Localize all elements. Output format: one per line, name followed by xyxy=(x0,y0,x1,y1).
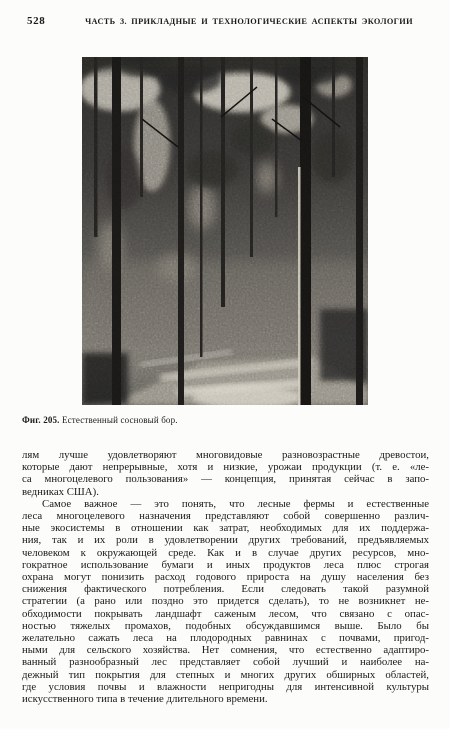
film-grain-multiply xyxy=(82,57,368,405)
figure-caption: Фиг. 205. Естественный сосновый бор. xyxy=(22,415,422,425)
figure-caption-label: Фиг. 205. xyxy=(22,415,60,425)
text-line: са многоцелевого пользования» — концепци… xyxy=(22,473,429,485)
text-line: человеком к окружающей среде. Как и в сл… xyxy=(22,547,429,559)
running-head: ЧАСТЬ 3. ПРИКЛАДНЫЕ И ТЕХНОЛОГИЧЕСКИЕ АС… xyxy=(62,17,450,26)
text-line: Самое важное — это понять, что лесные фе… xyxy=(22,498,429,510)
text-line: желательно сажать леса на плодородных ра… xyxy=(22,632,429,644)
text-line: ные экосистемы в отношении как затрат, н… xyxy=(22,522,429,534)
text-line: где условия почвы и влажности непригодны… xyxy=(22,681,429,693)
page-number: 528 xyxy=(0,15,62,27)
text-line: ностью тяжелых промахов, подобных обсужд… xyxy=(22,620,429,632)
text-line: гократное использование бумаги и иных пр… xyxy=(22,559,429,571)
text-line: ведниках США). xyxy=(22,486,429,498)
text-line: ния, так и их роли в удовлетворении друг… xyxy=(22,534,429,546)
text-line: обходимости покрывать ландшафт саженым л… xyxy=(22,608,429,620)
pine-forest-illustration xyxy=(82,57,368,405)
text-line: лям лучше удовлетворяют многовидовые раз… xyxy=(22,449,429,461)
text-line: стратегии (а рано или поздно это придетс… xyxy=(22,595,429,607)
text-line: леса многоцелевого назначения представля… xyxy=(22,510,429,522)
text-line: снижения фактического потребления. Если … xyxy=(22,583,429,595)
text-line: охрана могут понизить расход годового пр… xyxy=(22,571,429,583)
text-line: искусственного типа в течение длительног… xyxy=(22,693,429,705)
text-line: ванный разнообразный лес представляет со… xyxy=(22,656,429,668)
body-text: лям лучше удовлетворяют многовидовые раз… xyxy=(22,449,429,705)
page-header: 528 ЧАСТЬ 3. ПРИКЛАДНЫЕ И ТЕХНОЛОГИЧЕСКИ… xyxy=(0,15,450,27)
text-line: которые дают непрерывные, хотя и низкие,… xyxy=(22,461,429,473)
text-line: ными для сельского хозяйства. Нет сомнен… xyxy=(22,644,429,656)
book-page: 528 ЧАСТЬ 3. ПРИКЛАДНЫЕ И ТЕХНОЛОГИЧЕСКИ… xyxy=(0,0,450,729)
pine-forest-photo xyxy=(82,57,368,405)
text-line: дежный тип покрытия для степных и многих… xyxy=(22,669,429,681)
figure-caption-text: Естественный сосновый бор. xyxy=(62,415,178,425)
